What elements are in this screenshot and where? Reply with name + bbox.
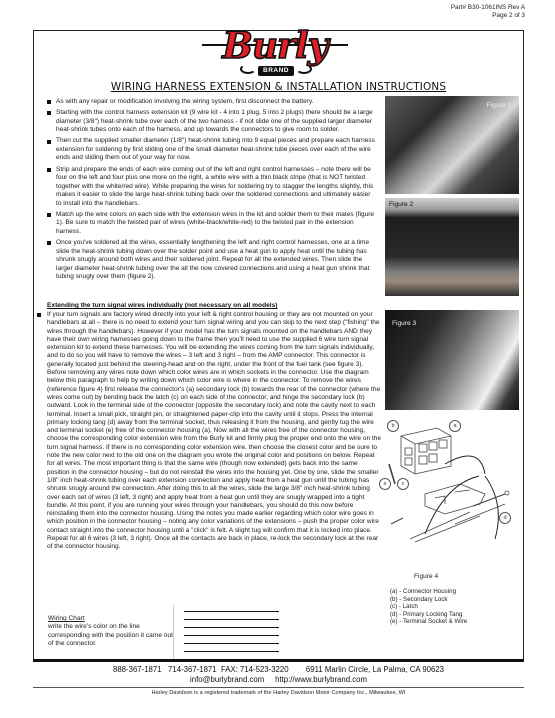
callout-c: c	[397, 478, 409, 490]
wiring-chart-line-3[interactable]	[184, 627, 279, 628]
logo-swirl-right-icon	[296, 64, 312, 74]
figure-4-caption: Figure 4	[414, 573, 438, 580]
trademark-notice: Harley Davidson is a registered trademar…	[33, 690, 524, 696]
part-number: Part# B30-1061INS Rev A	[451, 4, 525, 12]
wiring-chart-heading: Wiring Chart	[48, 615, 173, 623]
figure-3-caption: Figure 3	[392, 320, 416, 327]
legend-item-e: (e) - Terminal Socket & Wire	[390, 618, 467, 626]
turn-signal-heading: Extending the turn signal wires individu…	[47, 302, 277, 309]
figure-4-connector-diagram: b a e c d	[385, 414, 519, 544]
wiring-chart-line-1[interactable]	[184, 611, 279, 612]
page-number: Page 2 of 3	[451, 12, 525, 20]
figure-2-caption: Figure 2	[389, 201, 413, 208]
wiring-chart-lines	[173, 605, 283, 661]
turn-signal-section: If your turn signals are factory wired d…	[36, 311, 382, 554]
legend-item-a: (a) - Connector Housing	[390, 588, 467, 596]
legend-item-d: (d) - Primary Locking Tang	[390, 611, 467, 619]
legend-item-c: (c) - Latch	[390, 603, 467, 611]
wiring-chart-line-5[interactable]	[184, 643, 279, 644]
step-5: Match up the wire colors on each side wi…	[45, 211, 375, 237]
step-1: As with any repair or modification invol…	[45, 98, 375, 107]
footer-divider	[33, 659, 524, 662]
step-2: Starting with the control harness extens…	[45, 109, 375, 135]
callout-d: d	[499, 512, 511, 524]
figure-1-caption: Figure 1	[487, 102, 511, 109]
logo-swirl-left-icon	[240, 64, 256, 74]
step-3: Then cut the supplied smaller diameter (…	[45, 137, 375, 163]
callout-a: a	[449, 420, 461, 432]
logo-wordmark: Burly	[214, 26, 336, 66]
wiring-chart-label: Wiring Chart write the wire's color on t…	[48, 615, 173, 649]
footer-divider-thin	[33, 687, 524, 688]
step-6: Once you've soldered all the wires, esse…	[45, 239, 375, 282]
logo-brand-badge: BRAND	[258, 66, 294, 76]
wiring-chart-line-6[interactable]	[184, 651, 279, 652]
contact-phones-address: 888-367-1871 714-367-1871 FAX: 714-523-3…	[33, 665, 524, 675]
burly-brand-logo: Burly BRAND	[200, 20, 350, 78]
page-title: WIRING HARNESS EXTENSION & INSTALLATION …	[33, 81, 524, 93]
callout-b: b	[387, 420, 399, 432]
wiring-chart-instructions: write the wire's color on the line corre…	[48, 623, 173, 648]
turn-signal-instructions: If your turn signals are factory wired d…	[36, 311, 382, 552]
wiring-chart-line-4[interactable]	[184, 635, 279, 636]
wiring-chart-line-2[interactable]	[184, 619, 279, 620]
figure-1-photo: Figure 1	[385, 96, 519, 194]
step-4: Strip and prepare the ends of each wire …	[45, 166, 375, 209]
document-header: Part# B30-1061INS Rev A Page 2 of 3	[451, 4, 525, 19]
callout-e: e	[379, 478, 391, 490]
legend-item-b: (b) - Secondary Lock	[390, 596, 467, 604]
figure-3-photo: Figure 3	[385, 310, 519, 410]
figure-2-photo: Figure 2	[385, 198, 519, 296]
figure-4-legend: (a) - Connector Housing (b) - Secondary …	[390, 588, 467, 626]
instruction-steps: As with any repair or modification invol…	[45, 98, 375, 285]
contact-web: info@burlybrand.com http://www.burlybran…	[33, 675, 524, 685]
